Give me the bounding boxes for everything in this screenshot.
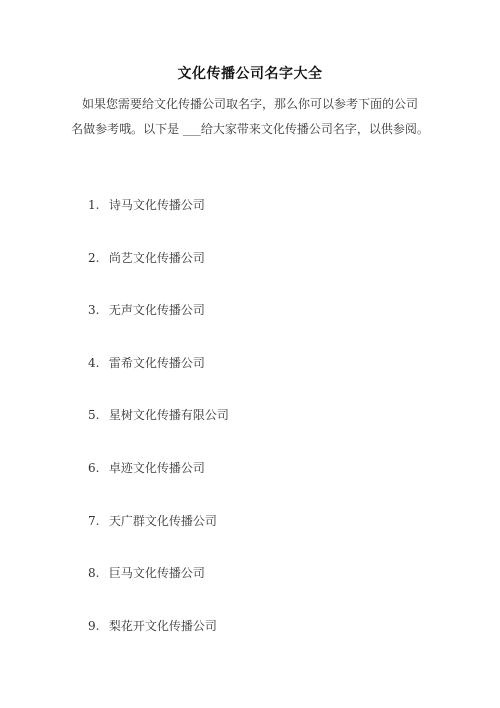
item-number: 9. [88,618,105,634]
list-item: 5. 星树文化传播有限公司 [88,407,229,460]
intro-line-1: 如果您需要给文化传播公司取名字，那么你可以参考下面的公司 [60,92,440,117]
list-item: 7. 天广群文化传播公司 [88,513,229,566]
item-name: 雷希文化传播公司 [109,356,205,370]
item-number: 3. [88,302,105,318]
item-number: 4. [88,355,105,371]
item-number: 8. [88,565,105,581]
item-name: 无声文化传播公司 [109,303,205,317]
list-item: 8. 巨马文化传播公司 [88,565,229,618]
item-name: 巨马文化传播公司 [109,566,205,580]
document-page: 文化传播公司名字大全 如果您需要给文化传播公司取名字，那么你可以参考下面的公司 … [0,0,500,708]
list-item: 9. 梨花开文化传播公司 [88,618,229,671]
item-number: 1. [88,197,105,213]
intro-paragraph: 如果您需要给文化传播公司取名字，那么你可以参考下面的公司 名做参考哦。以下是 _… [60,92,440,142]
list-item: 2. 尚艺文化传播公司 [88,250,229,303]
intro-line-2: 名做参考哦。以下是 ___给大家带来文化传播公司名字，以供参阅。 [60,117,440,142]
list-item: 4. 雷希文化传播公司 [88,355,229,408]
item-name: 卓迹文化传播公司 [109,461,205,475]
item-number: 2. [88,250,105,266]
item-name: 梨花开文化传播公司 [109,619,217,633]
item-number: 6. [88,460,105,476]
item-name: 天广群文化传播公司 [109,514,217,528]
list-item: 6. 卓迹文化传播公司 [88,460,229,513]
list-item: 3. 无声文化传播公司 [88,302,229,355]
item-number: 7. [88,513,105,529]
item-name: 诗马文化传播公司 [109,198,205,212]
item-number: 5. [88,407,105,423]
document-title: 文化传播公司名字大全 [0,63,500,83]
company-name-list: 1. 诗马文化传播公司 2. 尚艺文化传播公司 3. 无声文化传播公司 4. 雷… [88,197,229,670]
item-name: 星树文化传播有限公司 [109,408,229,422]
item-name: 尚艺文化传播公司 [109,251,205,265]
list-item: 1. 诗马文化传播公司 [88,197,229,250]
